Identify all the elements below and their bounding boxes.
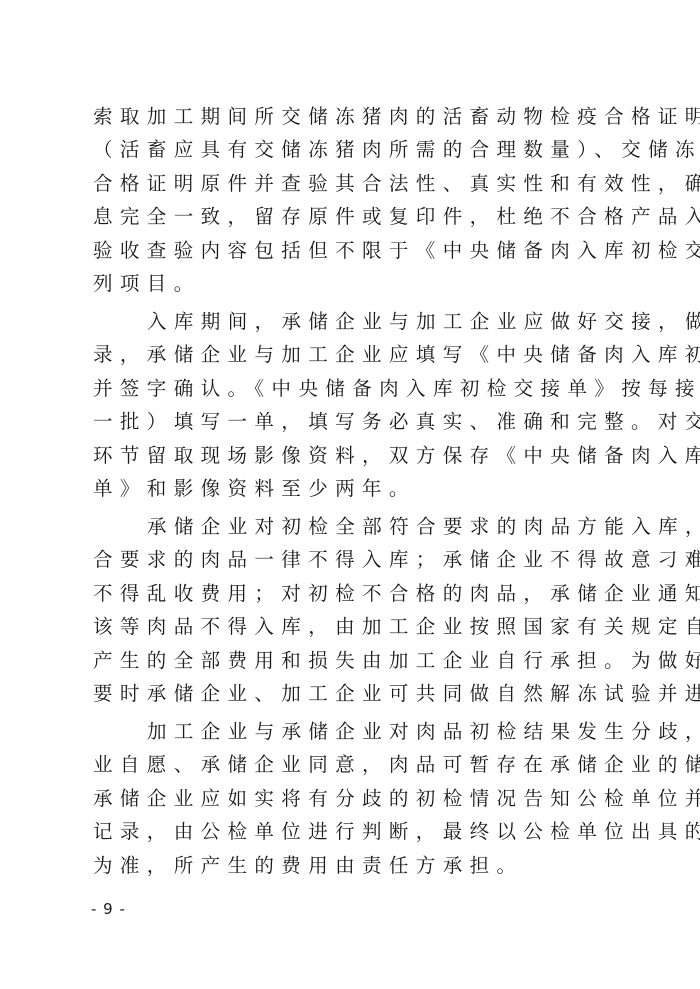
text-line: 索取加工期间所交储冻猪肉的活畜动物检疫合格证明复印件 — [93, 100, 613, 133]
body-text: 索取加工期间所交储冻猪肉的活畜动物检疫合格证明复印件 （活畜应具有交储冻猪肉所需… — [93, 100, 613, 882]
paragraph-3: 承储企业对初检全部符合要求的肉品方能入库，初检不符 合要求的肉品一律不得入库；承… — [93, 510, 613, 710]
text-line: 承储企业对初检全部符合要求的肉品方能入库，初检不符 — [93, 510, 613, 543]
text-line: 加工企业与承储企业对肉品初检结果发生分歧，如加工企 — [93, 715, 613, 748]
page-number: - 9 - — [91, 900, 126, 918]
text-line: 列项目。 — [93, 267, 613, 300]
text-line: （活畜应具有交储冻猪肉所需的合理数量）、交储冻猪肉检疫 — [93, 133, 613, 166]
document-page: 索取加工期间所交储冻猪肉的活畜动物检疫合格证明复印件 （活畜应具有交储冻猪肉所需… — [0, 0, 700, 989]
text-line: 该等肉品不得入库，由加工企业按照国家有关规定自行处理， — [93, 610, 613, 643]
text-line: 录，承储企业与加工企业应填写《中央储备肉入库初检交接单》 — [93, 338, 613, 371]
paragraph-4: 加工企业与承储企业对肉品初检结果发生分歧，如加工企 业自愿、承储企业同意，肉品可… — [93, 715, 613, 882]
text-line: 环节留取现场影像资料，双方保存《中央储备肉入库初检交接 — [93, 439, 613, 472]
paragraph-2: 入库期间，承储企业与加工企业应做好交接，做好初检记 录，承储企业与加工企业应填写… — [93, 305, 613, 505]
text-line: 为准，所产生的费用由责任方承担。 — [93, 849, 613, 882]
text-line: 单》和影像资料至少两年。 — [93, 472, 613, 505]
text-line: 合格证明原件并查验其合法性、真实性和有效性，确保货证信 — [93, 167, 613, 200]
text-line: 验收查验内容包括但不限于《中央储备肉入库初检交接单》所 — [93, 234, 613, 267]
text-line: 承储企业应如实将有分歧的初检情况告知公检单位并做好工作 — [93, 782, 613, 815]
text-line: 息完全一致，留存原件或复印件，杜绝不合格产品入库。初检 — [93, 200, 613, 233]
text-line: 不得乱收费用；对初检不合格的肉品，承储企业通知加工企业， — [93, 577, 613, 610]
text-line: 记录，由公检单位进行判断，最终以公检单位出具的公检结果 — [93, 815, 613, 848]
text-line: 合要求的肉品一律不得入库；承储企业不得故意刁难加工企业， — [93, 543, 613, 576]
text-line: 入库期间，承储企业与加工企业应做好交接，做好初检记 — [93, 305, 613, 338]
paragraph-1: 索取加工期间所交储冻猪肉的活畜动物检疫合格证明复印件 （活畜应具有交储冻猪肉所需… — [93, 100, 613, 300]
text-line: 一批）填写一单，填写务必真实、准确和完整。对交接的关键 — [93, 405, 613, 438]
text-line: 要时承储企业、加工企业可共同做自然解冻试验并进行记录。 — [93, 677, 613, 710]
text-line: 并签字确认。《中央储备肉入库初检交接单》按每接收一车（或 — [93, 372, 613, 405]
text-line: 业自愿、承储企业同意，肉品可暂存在承储企业的储存冷库， — [93, 748, 613, 781]
text-line: 产生的全部费用和损失由加工企业自行承担。为做好初检，必 — [93, 644, 613, 677]
